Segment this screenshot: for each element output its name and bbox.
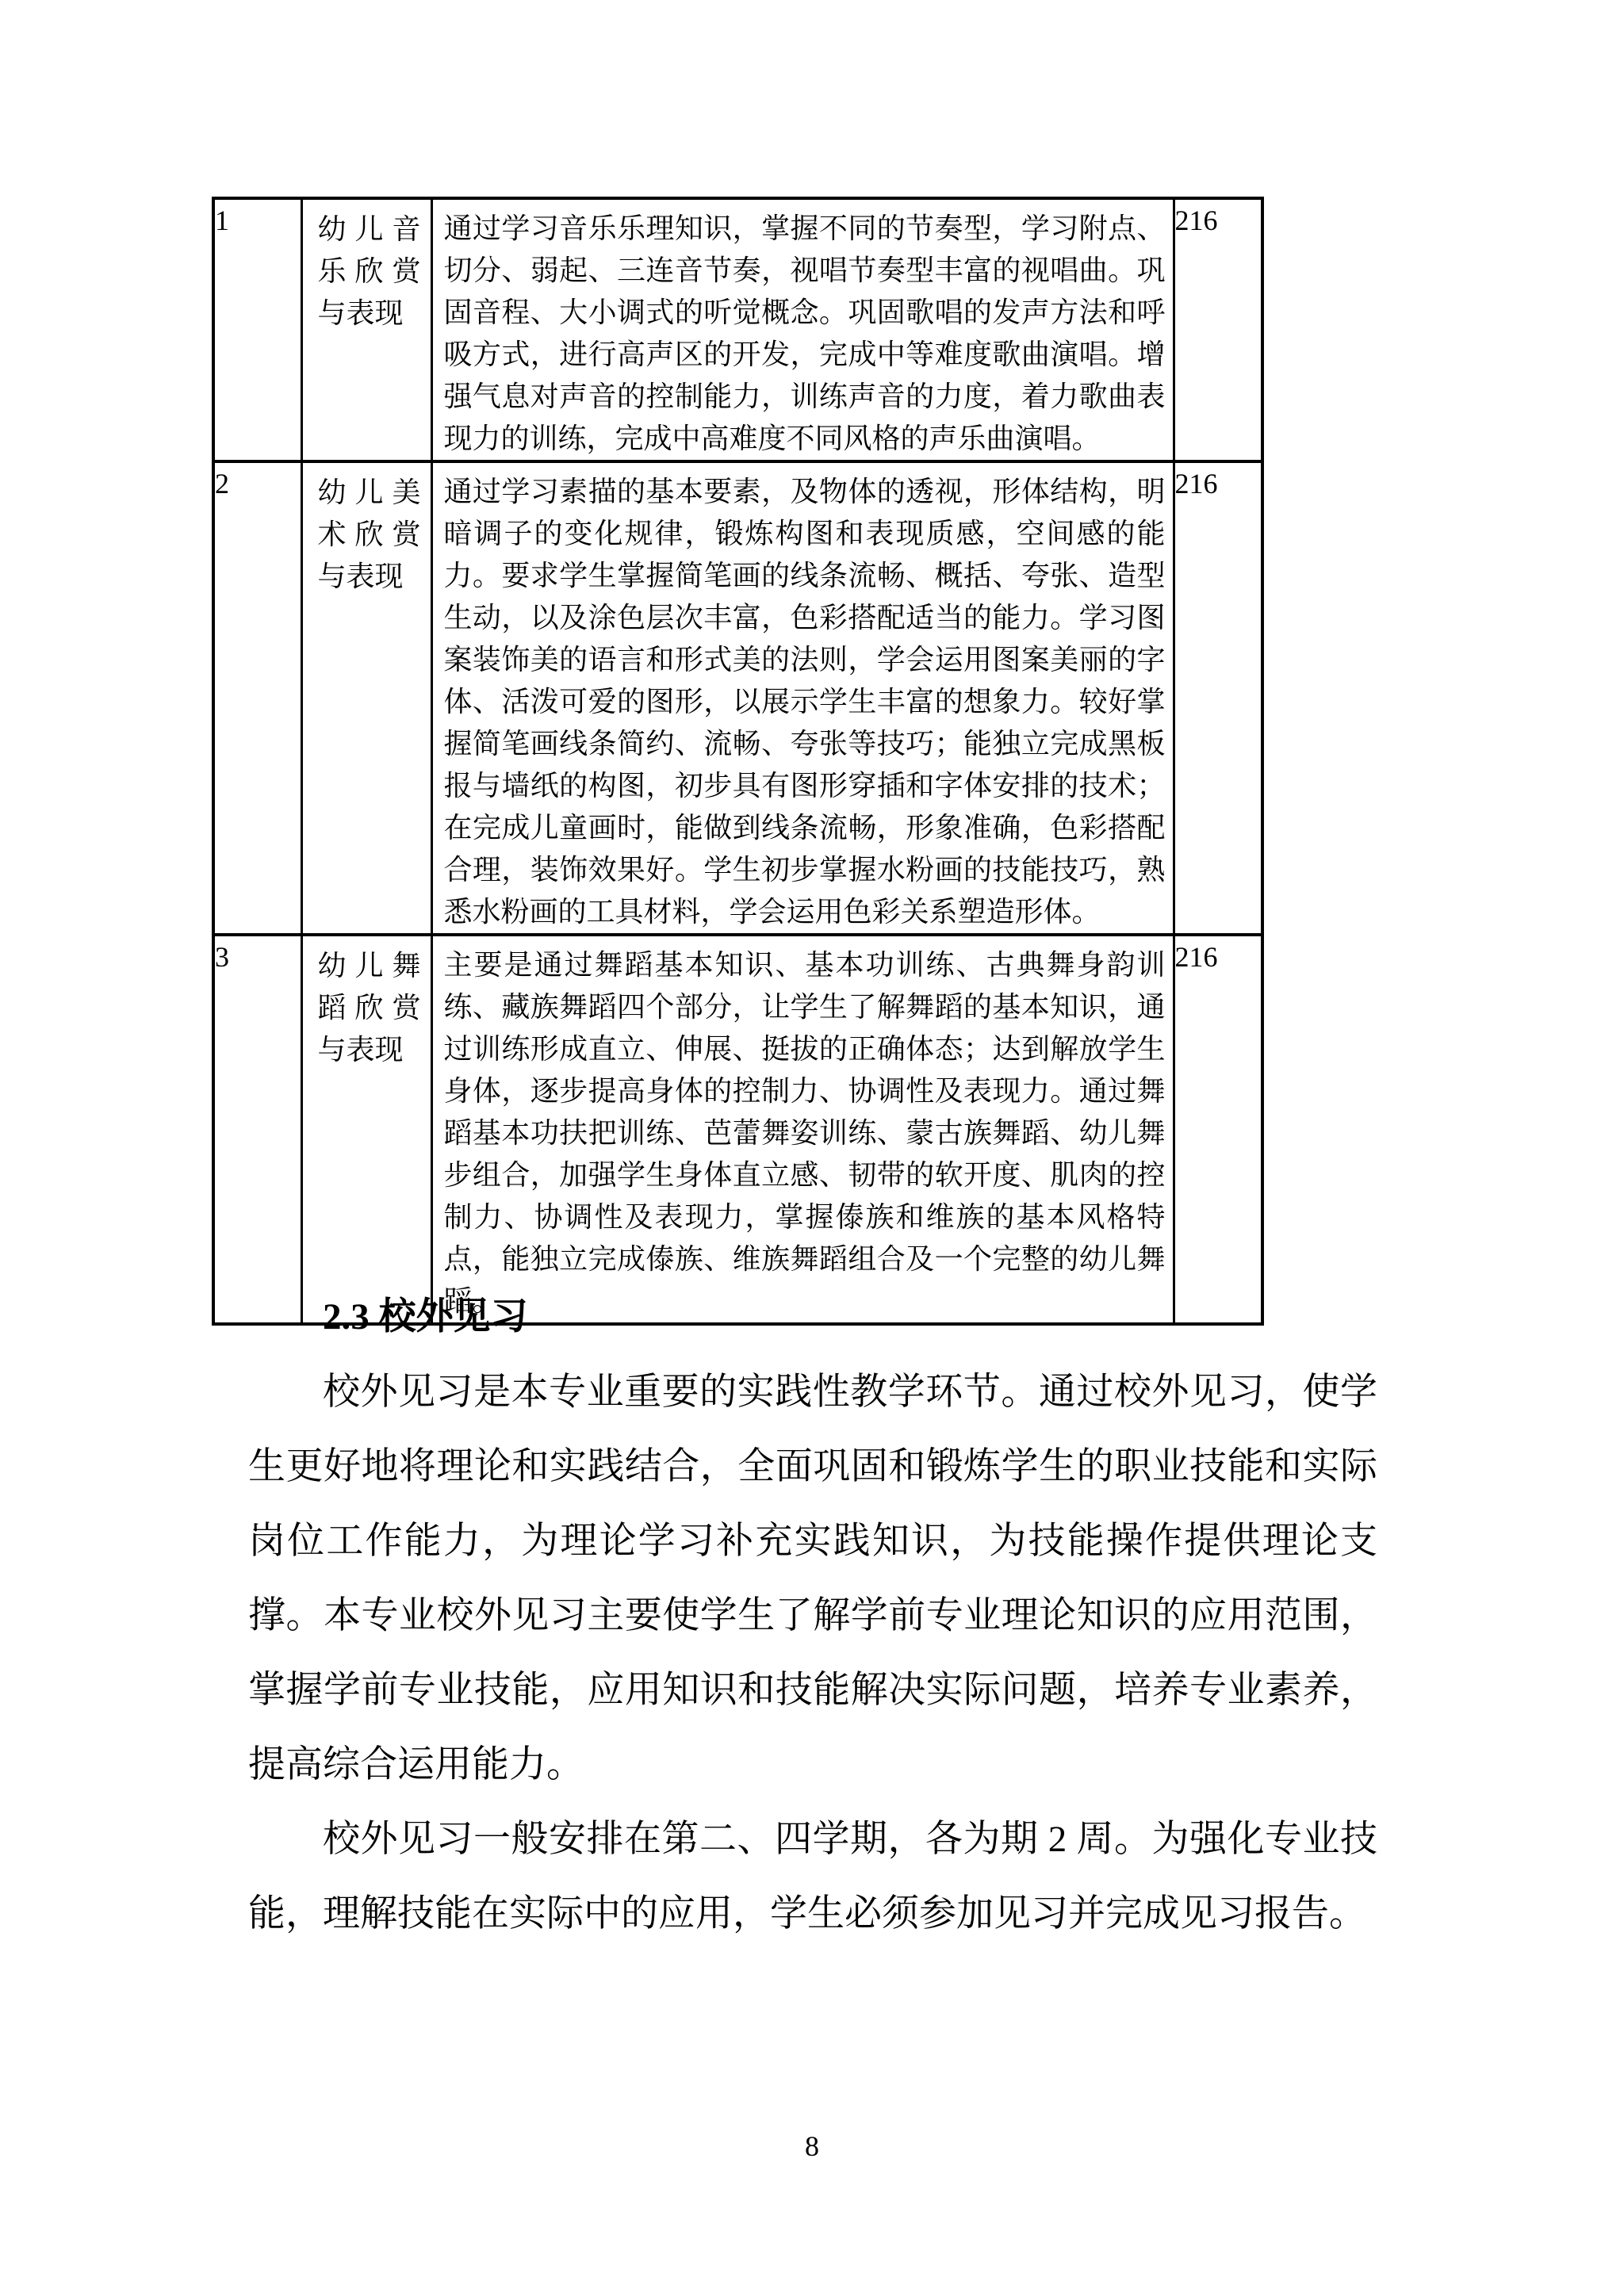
paragraph: 校外见习是本专业重要的实践性教学环节。通过校外见习，使学生更好地将理论和实践结合… [248, 1355, 1377, 1802]
course-description-cell: 通过学习素描的基本要素，及物体的透视，形体结构，明暗调子的变化规律，锻炼构图和表… [431, 461, 1174, 935]
table-row: 2 幼儿美术欣赏与表现 通过学习素描的基本要素，及物体的透视，形体结构，明暗调子… [213, 461, 1262, 935]
course-description-cell: 通过学习音乐乐理知识，掌握不同的节奏型，学习附点、切分、弱起、三连音节奏，视唱节… [431, 198, 1174, 461]
course-name: 幼儿舞蹈欣赏与表现 [318, 945, 421, 1071]
course-hours: 216 [1174, 935, 1262, 1324]
section-heading: 2.3 校外见习 [323, 1295, 528, 1339]
page-number: 8 [0, 2130, 1624, 2163]
course-description: 通过学习素描的基本要素，及物体的透视，形体结构，明暗调子的变化规律，锻炼构图和表… [444, 471, 1166, 933]
course-table: 1 幼儿音乐欣赏与表现 通过学习音乐乐理知识，掌握不同的节奏型，学习附点、切分、… [212, 197, 1264, 1326]
course-name: 幼儿美术欣赏与表现 [318, 472, 421, 598]
course-description: 主要是通过舞蹈基本知识、基本功训练、古典舞身韵训练、藏族舞蹈四个部分，让学生了解… [444, 944, 1166, 1322]
course-hours: 216 [1174, 198, 1262, 461]
row-index: 1 [213, 198, 301, 461]
document-page: 1 幼儿音乐欣赏与表现 通过学习音乐乐理知识，掌握不同的节奏型，学习附点、切分、… [0, 0, 1624, 2296]
course-description-cell: 主要是通过舞蹈基本知识、基本功训练、古典舞身韵训练、藏族舞蹈四个部分，让学生了解… [431, 935, 1174, 1324]
row-index: 2 [213, 461, 301, 935]
table-row: 3 幼儿舞蹈欣赏与表现 主要是通过舞蹈基本知识、基本功训练、古典舞身韵训练、藏族… [213, 935, 1262, 1324]
course-name-cell: 幼儿舞蹈欣赏与表现 [301, 935, 431, 1324]
paragraph: 校外见习一般安排在第二、四学期，各为期 2 周。为强化专业技能，理解技能在实际中… [248, 1802, 1377, 1951]
course-name-cell: 幼儿美术欣赏与表现 [301, 461, 431, 935]
section-body: 校外见习是本专业重要的实践性教学环节。通过校外见习，使学生更好地将理论和实践结合… [248, 1355, 1377, 1951]
course-description: 通过学习音乐乐理知识，掌握不同的节奏型，学习附点、切分、弱起、三连音节奏，视唱节… [444, 208, 1166, 460]
row-index: 3 [213, 935, 301, 1324]
course-hours: 216 [1174, 461, 1262, 935]
course-name: 幼儿音乐欣赏与表现 [318, 209, 421, 335]
table-row: 1 幼儿音乐欣赏与表现 通过学习音乐乐理知识，掌握不同的节奏型，学习附点、切分、… [213, 198, 1262, 461]
course-name-cell: 幼儿音乐欣赏与表现 [301, 198, 431, 461]
